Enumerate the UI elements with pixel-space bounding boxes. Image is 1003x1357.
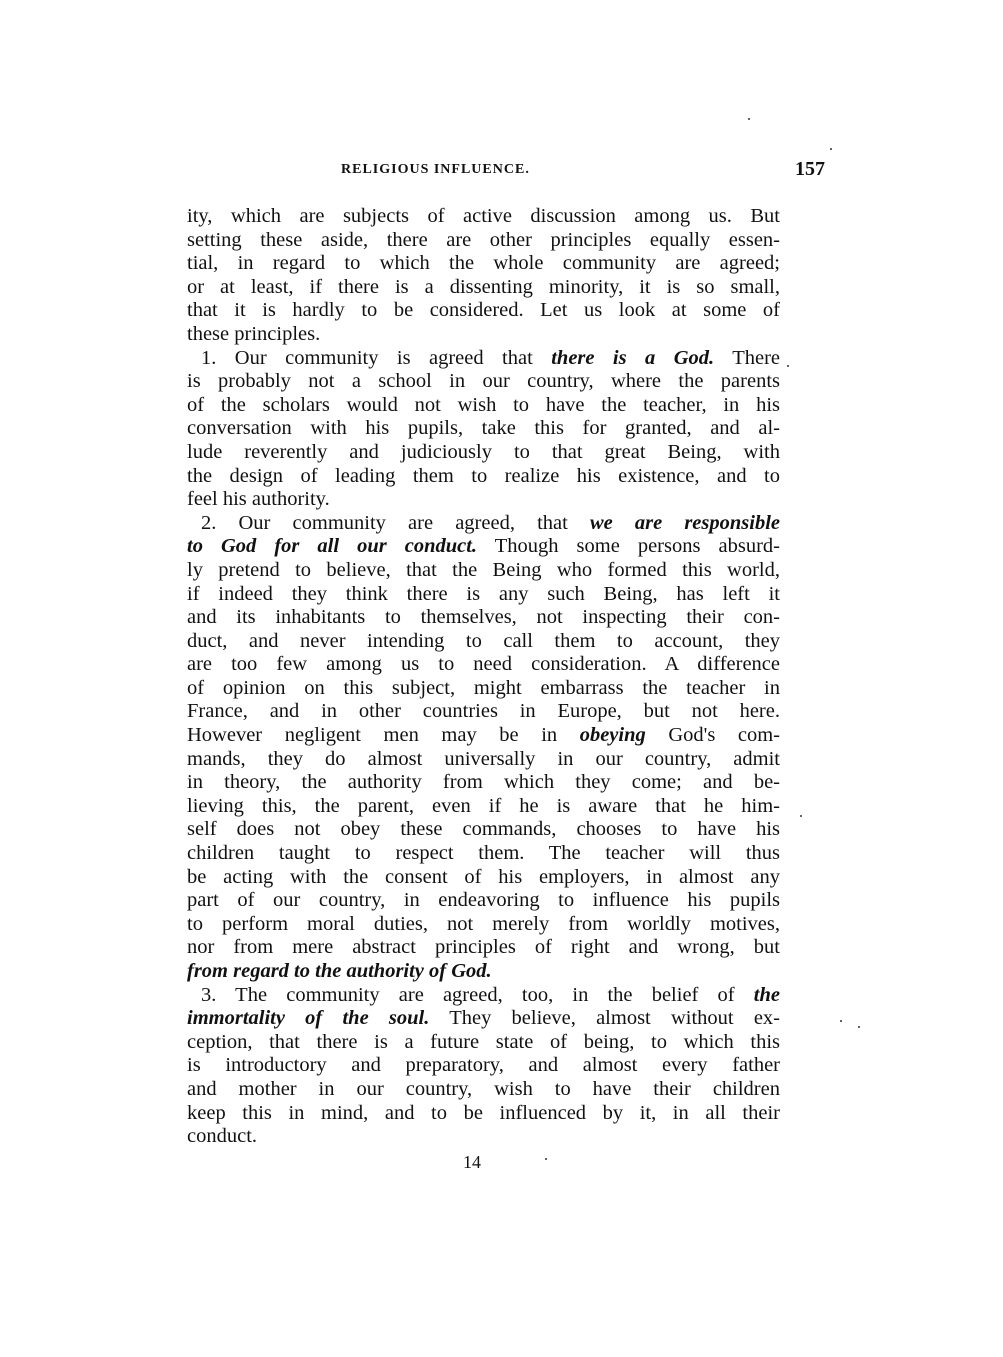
- paragraph-2-line: of opinion on this subject, might embarr…: [187, 677, 780, 701]
- paragraph-3-line: 3. The community are agreed, too, in the…: [187, 984, 780, 1008]
- paragraph-2-line: part of our country, in endeavoring to i…: [187, 889, 780, 913]
- paragraph-1-line: 1. Our community is agreed that there is…: [187, 347, 780, 371]
- paragraph-2-line: and its inhabitants to themselves, not i…: [187, 606, 780, 630]
- paragraph-3-line: is introductory and preparatory, and alm…: [187, 1054, 780, 1078]
- paragraph-2-line: to God for all our conduct. Though some …: [187, 535, 780, 559]
- paragraph-3-line: conduct.: [187, 1125, 780, 1149]
- page-header: RELIGIOUS INFLUENCE. 157: [185, 160, 825, 184]
- paragraph-3-line: and mother in our country, wish to have …: [187, 1078, 780, 1102]
- body-text: ity, which are subjects of active discus…: [187, 205, 780, 1149]
- paragraph-2-line: 2. Our community are agreed, that we are…: [187, 512, 780, 536]
- text-line: these principles.: [187, 323, 780, 347]
- scan-speck: [830, 148, 832, 150]
- emphasis-text: obeying: [580, 724, 646, 746]
- emphasis-text: we are responsible: [590, 512, 780, 534]
- scan-speck: [858, 1026, 860, 1028]
- paragraph-2-line: are too few among us to need considerati…: [187, 653, 780, 677]
- text-line: ity, which are subjects of active discus…: [187, 205, 780, 229]
- running-head: RELIGIOUS INFLUENCE.: [341, 162, 530, 178]
- paragraph-1-line: the design of leading them to realize hi…: [187, 465, 780, 489]
- emphasis-text: to God for all our conduct.: [187, 535, 477, 557]
- paragraph-2-line: mands, they do almost universally in our…: [187, 748, 780, 772]
- signature-mark: 14: [463, 1152, 481, 1173]
- paragraph-2-line: France, and in other countries in Europe…: [187, 700, 780, 724]
- paragraph-2-line: duct, and never intending to call them t…: [187, 630, 780, 654]
- paragraph-2-line: to perform moral duties, not merely from…: [187, 913, 780, 937]
- scan-speck: [840, 1020, 842, 1022]
- paragraph-1-line: lude reverently and judiciously to that …: [187, 441, 780, 465]
- page-number: 157: [795, 158, 825, 181]
- book-page: RELIGIOUS INFLUENCE. 157 ity, which are …: [0, 0, 1003, 1357]
- paragraph-2-line: from regard to the authority of God.: [187, 960, 780, 984]
- paragraph-2-line: children taught to respect them. The tea…: [187, 842, 780, 866]
- paragraph-2-line: self does not obey these commands, choos…: [187, 818, 780, 842]
- paragraph-1-line: feel his authority.: [187, 488, 780, 512]
- emphasis-text: the: [754, 984, 780, 1006]
- scan-speck: [748, 118, 750, 120]
- paragraph-2-line: if indeed they think there is any such B…: [187, 583, 780, 607]
- paragraph-1-line: of the scholars would not wish to have t…: [187, 394, 780, 418]
- paragraph-3-line: ception, that there is a future state of…: [187, 1031, 780, 1055]
- paragraph-2-line: in theory, the authority from which they…: [187, 771, 780, 795]
- scan-speck: [800, 815, 802, 817]
- scan-speck: [545, 1158, 547, 1160]
- scan-speck: [787, 365, 789, 367]
- text-line: that it is hardly to be considered. Let …: [187, 299, 780, 323]
- emphasis-text: there is a God.: [551, 347, 714, 369]
- paragraph-2-line: However negligent men may be in obeying …: [187, 724, 780, 748]
- paragraph-2-line: nor from mere abstract principles of rig…: [187, 936, 780, 960]
- paragraph-2-line: ly pretend to believe, that the Being wh…: [187, 559, 780, 583]
- paragraph-1-line: is probably not a school in our country,…: [187, 370, 780, 394]
- paragraph-3-line: immortality of the soul. They believe, a…: [187, 1007, 780, 1031]
- paragraph-1-line: conversation with his pupils, take this …: [187, 417, 780, 441]
- text-line: setting these aside, there are other pri…: [187, 229, 780, 253]
- emphasis-text: from regard to the authority of God.: [187, 960, 492, 982]
- text-line: or at least, if there is a dissenting mi…: [187, 276, 780, 300]
- paragraph-3-line: keep this in mind, and to be influenced …: [187, 1102, 780, 1126]
- paragraph-2-line: lieving this, the parent, even if he is …: [187, 795, 780, 819]
- emphasis-text: immortality of the soul.: [187, 1007, 429, 1029]
- paragraph-2-line: be acting with the consent of his employ…: [187, 866, 780, 890]
- text-line: tial, in regard to which the whole commu…: [187, 252, 780, 276]
